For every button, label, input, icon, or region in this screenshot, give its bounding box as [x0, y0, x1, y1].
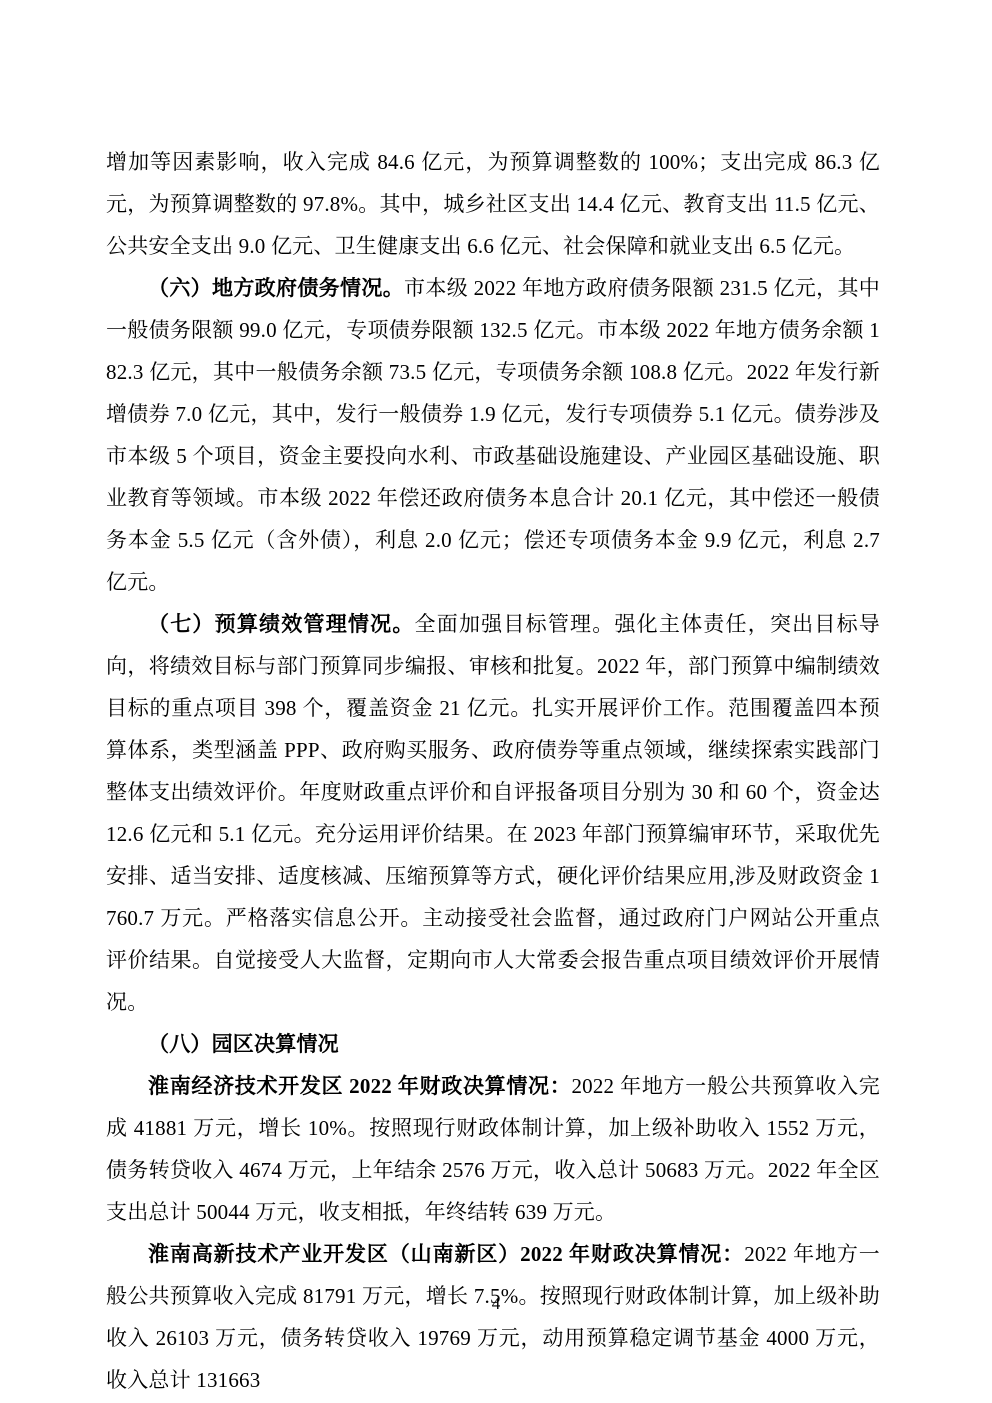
economic-zone-heading: 淮南经济技术开发区 2022 年财政决算情况：	[148, 1074, 571, 1098]
paragraph-budget-adjustment-continuation: 增加等因素影响，收入完成 84.6 亿元，为预算调整数的 100%；支出完成 8…	[106, 141, 880, 267]
section-6-heading: （六）地方政府债务情况。	[148, 276, 404, 300]
section-7-heading: （七）预算绩效管理情况。	[148, 612, 415, 636]
paragraph-text: 全面加强目标管理。强化主体责任，突出目标导向，将绩效目标与部门预算同步编报、审核…	[106, 612, 880, 1014]
page-number: 4	[0, 1292, 992, 1316]
paragraph-text: 增加等因素影响，收入完成 84.6 亿元，为预算调整数的 100%；支出完成 8…	[106, 150, 880, 258]
paragraph-hightech-zone-accounts: 淮南高新技术产业开发区（山南新区）2022 年财政决算情况：2022 年地方一般…	[106, 1233, 880, 1401]
paragraph-text: 市本级 2022 年地方政府债务限额 231.5 亿元，其中一般债务限额 99.…	[106, 276, 880, 594]
hightech-zone-heading: 淮南高新技术产业开发区（山南新区）2022 年财政决算情况：	[148, 1242, 744, 1266]
document-body: 增加等因素影响，收入完成 84.6 亿元，为预算调整数的 100%；支出完成 8…	[106, 141, 880, 1401]
document-page: 增加等因素影响，收入完成 84.6 亿元，为预算调整数的 100%；支出完成 8…	[0, 0, 992, 1403]
paragraph-section-8-park-accounts-heading: （八）园区决算情况	[106, 1023, 880, 1065]
section-8-heading: （八）园区决算情况	[148, 1032, 339, 1056]
paragraph-section-7-budget-performance: （七）预算绩效管理情况。全面加强目标管理。强化主体责任，突出目标导向，将绩效目标…	[106, 603, 880, 1023]
paragraph-section-6-local-government-debt: （六）地方政府债务情况。市本级 2022 年地方政府债务限额 231.5 亿元，…	[106, 267, 880, 603]
paragraph-economic-development-zone-accounts: 淮南经济技术开发区 2022 年财政决算情况：2022 年地方一般公共预算收入完…	[106, 1065, 880, 1233]
